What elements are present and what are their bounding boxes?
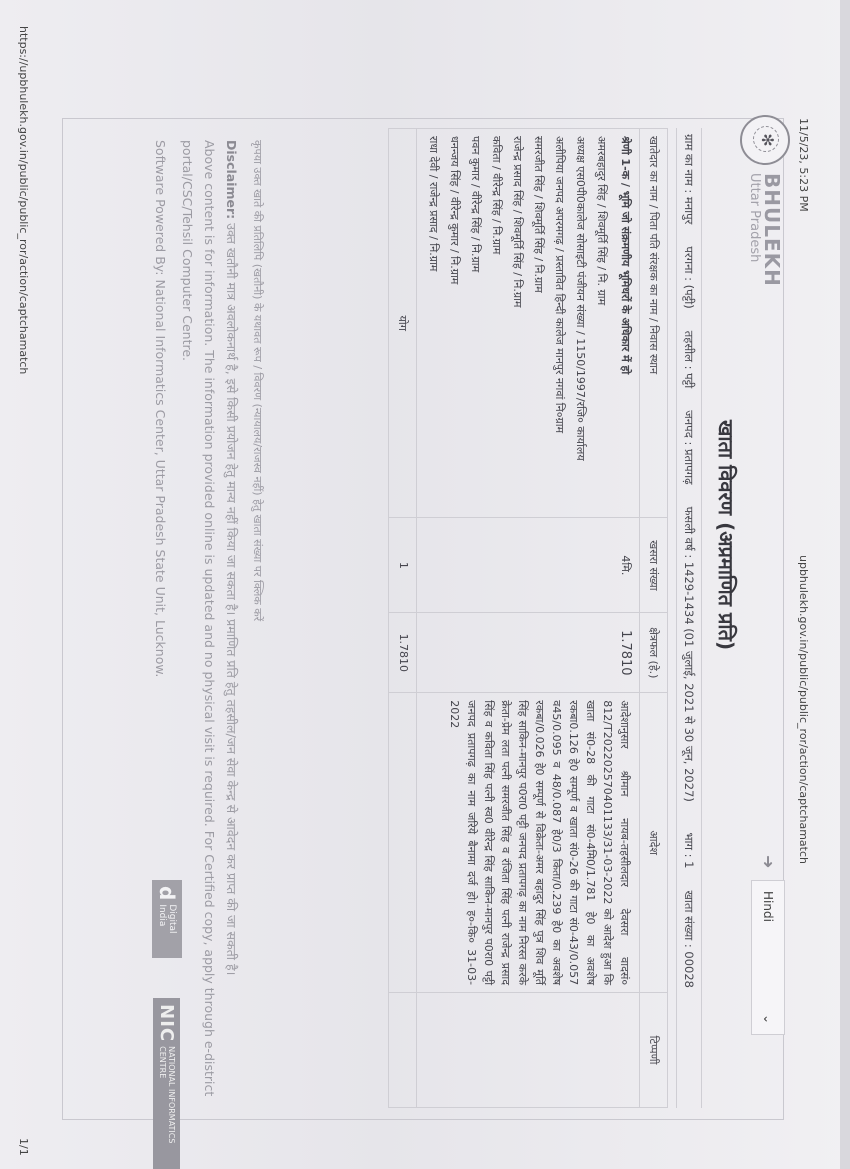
table-row: श्रेणी 1-क / भूमि जो संक्रमणीय भूमिधरों … bbox=[417, 129, 640, 1108]
khata-info-row: ग्राम का नाम : मनापुर परगना : (पट्टी) तह… bbox=[676, 128, 702, 1108]
language-select[interactable]: Hindi ⌄ bbox=[751, 880, 785, 1035]
owner-6: कविता / वीरेन्द्र सिंह / नि.ग्राम bbox=[486, 136, 507, 510]
remarks-cell bbox=[417, 993, 640, 1108]
owner-cell: श्रेणी 1-क / भूमि जो संक्रमणीय भूमिधरों … bbox=[417, 129, 640, 518]
table-header-row: खातेदार का नाम / पिता पति संरक्षक का नाम… bbox=[640, 129, 668, 1108]
print-header-url: upbhulekh.gov.in/public/public_ror/actio… bbox=[797, 555, 810, 864]
owner-1: अमरबहादुर सिंह / शिवमूर्ति सिंह / नि. ग्… bbox=[591, 136, 612, 510]
total-count: 1 bbox=[389, 518, 417, 613]
arrow-up-icon: ➜ bbox=[759, 855, 778, 868]
up-govt-emblem-icon: ✻ bbox=[740, 115, 790, 165]
pargana: परगना : (पट्टी) bbox=[682, 246, 697, 308]
owner-5: राजेन्द्र प्रसाद सिंह / शिवमूर्ति सिंह /… bbox=[507, 136, 528, 510]
owner-7: पवन कुमार / वीरेन्द्र सिंह / नि.ग्राम bbox=[465, 136, 486, 510]
khasra-number[interactable]: 4मि. bbox=[417, 518, 640, 613]
disclaimer-label: Disclaimer: bbox=[224, 140, 239, 219]
owner-2: अध्यक्ष एस0पी0कालेज सोसाइटी पंजीयन संख्य… bbox=[570, 136, 591, 510]
header-remarks: टिप्पणी bbox=[640, 993, 668, 1108]
total-area: 1.7810 bbox=[389, 613, 417, 693]
area-value: 1.7810 bbox=[417, 613, 640, 693]
brand: ✻ BHULEKH Uttar Pradesh bbox=[740, 115, 790, 287]
disclaimer-english: Above content is for information. The in… bbox=[180, 140, 217, 1096]
digital-india-text: Digital India bbox=[157, 904, 177, 952]
disclaimer-hindi: उक्त खतौनी मात्र अवलोकनार्थ है, इसे किसी… bbox=[224, 223, 239, 975]
total-row: योग 1 1.7810 bbox=[389, 129, 417, 1108]
header-owner: खातेदार का नाम / पिता पति संरक्षक का नाम… bbox=[640, 129, 668, 518]
total-label: योग bbox=[389, 129, 417, 518]
digital-india-logo-icon: dDigital India bbox=[152, 880, 182, 958]
khata-number: खाता संख्या : 00028 bbox=[682, 891, 697, 989]
khata-click-note: कृपया उक्त खाते की प्रतिलिपि (खतौनी) के … bbox=[250, 140, 265, 1100]
nic-logo-icon: NIC NATIONAL INFORMATICS CENTRE bbox=[154, 998, 181, 1169]
owner-3: अलीपिया जनपद अपरमगढ़ / प्रस्तावित हिन्दी… bbox=[549, 136, 570, 510]
header-khasra: खसरा संख्या bbox=[640, 518, 668, 613]
document-title: खाता विवरण (अप्रमाणित प्रति) bbox=[713, 420, 740, 650]
owner-9: राधा देवी / राजेन्द्र प्रसाद / नि.ग्राम bbox=[423, 136, 444, 510]
language-value: Hindi bbox=[761, 891, 775, 922]
tehsil: तहसील : पट्टी bbox=[682, 331, 697, 389]
owner-4: समरजीत सिंह / शिवमूर्ति सिंह / नि.ग्राम bbox=[528, 136, 549, 510]
brand-name: BHULEKH bbox=[763, 173, 783, 287]
district: जनपद : प्रतापगढ़ bbox=[682, 410, 697, 484]
nic-subtext: NATIONAL INFORMATICS CENTRE bbox=[158, 1046, 176, 1163]
nic-text: NIC bbox=[157, 1004, 178, 1042]
part-number: भाग : 1 bbox=[682, 832, 697, 868]
khata-table: खातेदार का नाम / पिता पति संरक्षक का नाम… bbox=[388, 128, 668, 1108]
footer-logos: dDigital India NIC NATIONAL INFORMATICS … bbox=[152, 880, 182, 1169]
fasli-year: फसली वर्ष : 1429-1434 (01 जुलाई, 2021 से… bbox=[682, 507, 697, 802]
land-category: श्रेणी 1-क / भूमि जो संक्रमणीय भूमिधरों … bbox=[618, 136, 633, 510]
scan-edge bbox=[840, 0, 850, 1169]
owner-8: धनन्जय सिंह / वीरेन्द्र कुमार / नि.ग्राम bbox=[444, 136, 465, 510]
print-footer-url: https://upbhulekh.gov.in/public/public_r… bbox=[17, 26, 30, 374]
village-name: ग्राम का नाम : मनापुर bbox=[682, 134, 697, 224]
print-page-number: 1/1 bbox=[17, 1138, 30, 1156]
empty-cell bbox=[389, 993, 417, 1108]
empty-cell bbox=[389, 693, 417, 993]
header-order: आदेश bbox=[640, 693, 668, 993]
order-text: आदेशानुसार श्रीमान नायब-तहसीलदार देवसरा … bbox=[417, 693, 640, 993]
printed-page: 11/5/23, 5:23 PM upbhulekh.gov.in/public… bbox=[0, 0, 850, 1169]
print-timestamp: 11/5/23, 5:23 PM bbox=[797, 118, 810, 212]
chevron-down-icon: ⌄ bbox=[761, 1014, 775, 1024]
disclaimer: Disclaimer: उक्त खतौनी मात्र अवलोकनार्थ … bbox=[176, 140, 242, 1100]
header-area: क्षेत्रफल (हे.) bbox=[640, 613, 668, 693]
